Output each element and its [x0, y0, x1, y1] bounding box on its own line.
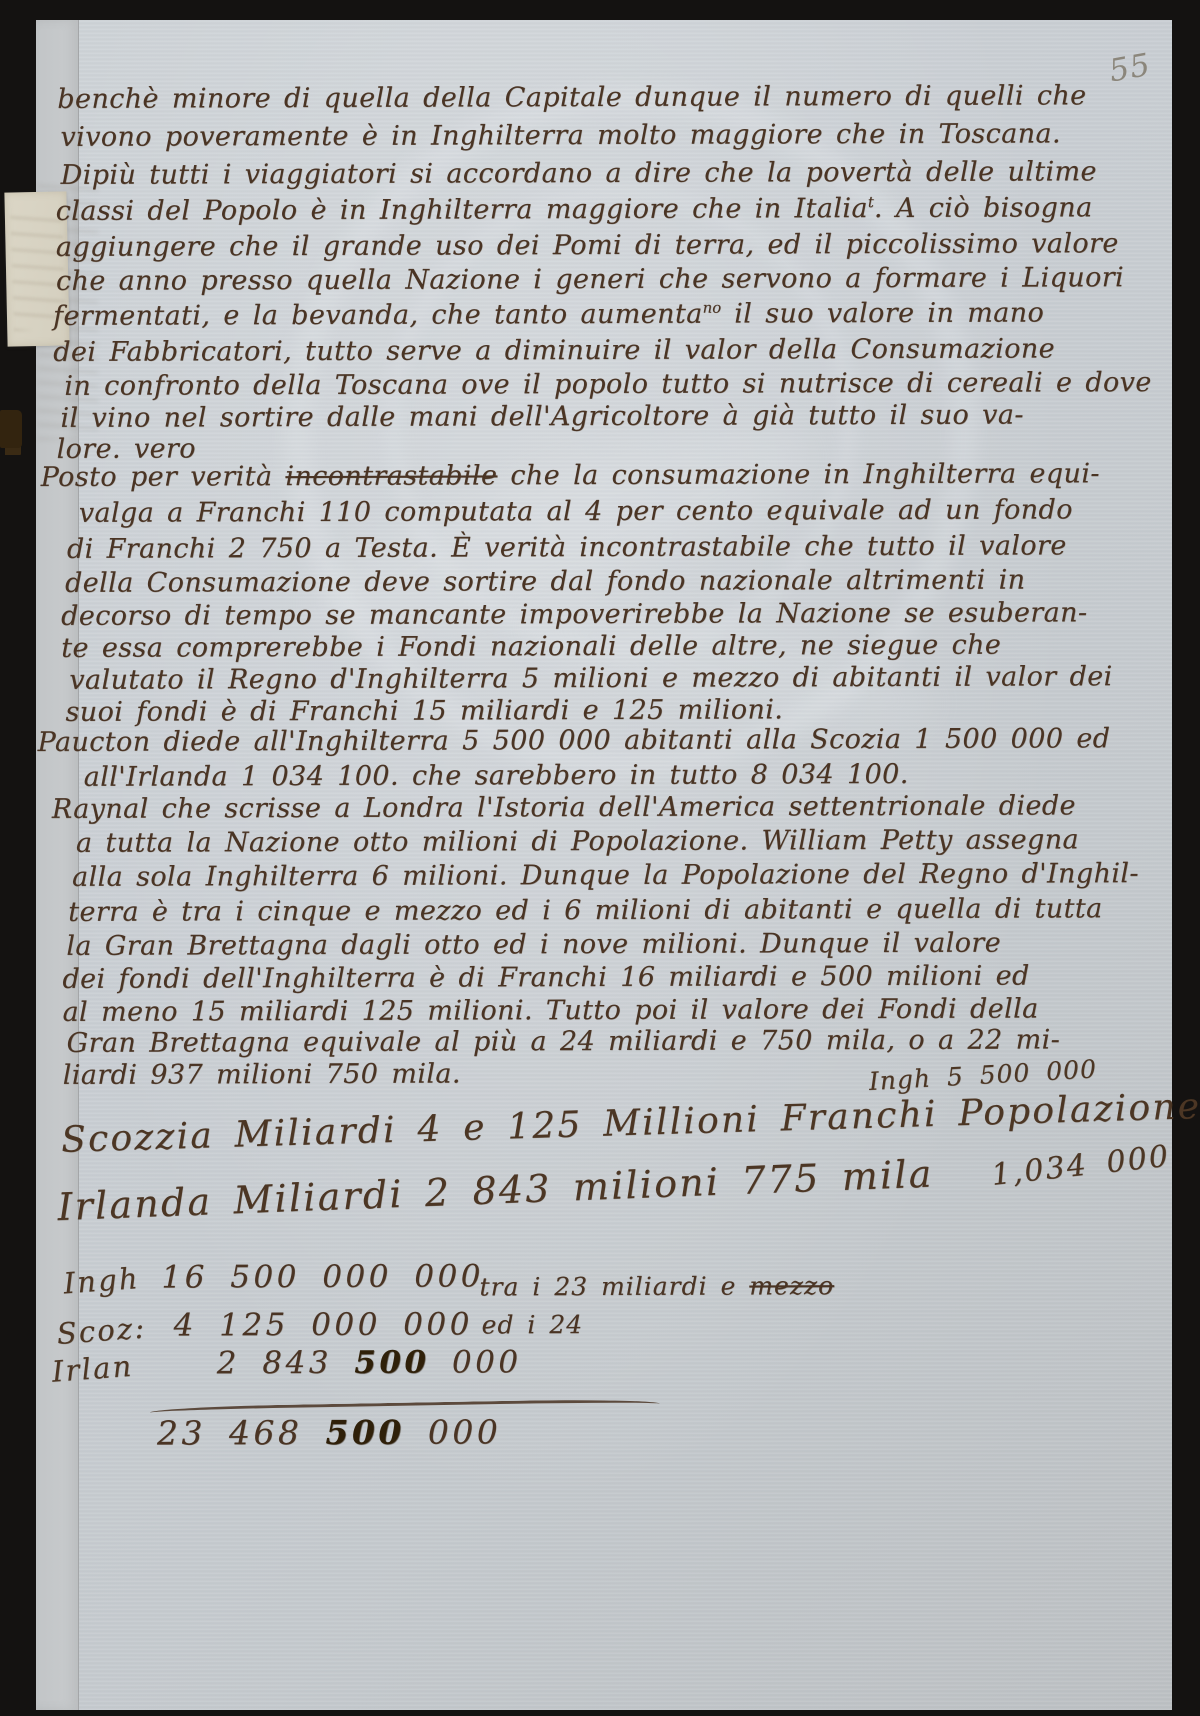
- manuscript-line: tra i 23 miliardi e mezzo: [479, 1271, 834, 1301]
- manuscript-line: della Consumazione deve sortire dal fond…: [65, 565, 1026, 599]
- manuscript-line: il vino nel sortire dalle mani dell'Agri…: [60, 400, 1023, 434]
- manuscript-line: lore. vero: [57, 433, 196, 464]
- manuscript-line: valga a Franchi 110 computata al 4 per c…: [79, 494, 1073, 528]
- manuscript-lines: benchè minore di quella della Capitale d…: [0, 0, 1197, 2]
- manuscript-scan-page: { "page": { "number": "55", "kind": "han…: [0, 0, 1200, 1716]
- manuscript-line: liardi 937 milioni 750 mila.: [63, 1058, 461, 1090]
- manuscript-line: dei fondi dell'Inghilterra è di Franchi …: [62, 961, 1029, 995]
- manuscript-line: Dipiù tutti i viaggiatori si accordano a…: [61, 156, 1097, 191]
- manuscript-line: 4 125 000 000: [174, 1306, 473, 1343]
- manuscript-line: Posto per verità incontrastabile che la …: [41, 458, 1100, 493]
- manuscript-line: la Gran Brettagna dagli otto ed i nove m…: [66, 928, 1001, 962]
- manuscript-line: Ingh: [62, 1261, 140, 1300]
- manuscript-line: Gran Brettagna equivale al più a 24 mili…: [67, 1024, 1061, 1058]
- manuscript-line: terra è tra i cinque e mezzo ed i 6 mili…: [68, 893, 1102, 928]
- manuscript-line: 23 468 500 000: [157, 1412, 501, 1452]
- manuscript-line: 2 843 500 000: [217, 1344, 522, 1381]
- manuscript-line: Scozzia Miliardi 4 e 125 Millioni Franch…: [61, 1079, 1200, 1161]
- page-number: 55: [1106, 47, 1153, 90]
- manuscript-line: Scoz:: [56, 1311, 148, 1351]
- manuscript-line: aggiungere che il grande uso dei Pomi di…: [56, 228, 1119, 263]
- manuscript-line: di Franchi 2 750 a Testa. È verità incon…: [67, 530, 1067, 564]
- manuscript-line: dei Fabbricatori, tutto serve a diminuir…: [53, 333, 1055, 367]
- manuscript-line: vivono poveramente è in Inghilterra molt…: [60, 118, 1061, 152]
- manuscript-line: in confronto della Toscana ove il popolo…: [64, 367, 1151, 402]
- manuscript-line: al meno 15 miliardi 125 milioni. Tutto p…: [62, 993, 1038, 1027]
- manuscript-line: classi del Popolo è in Inghilterra maggi…: [56, 192, 1093, 227]
- manuscript-line: all'Irlanda 1 034 100. che sarebbero in …: [84, 759, 909, 793]
- manuscript-line: benchè minore di quella della Capitale d…: [57, 80, 1086, 115]
- manuscript-line: 1,034 000: [990, 1139, 1172, 1193]
- manuscript-line: Paucton diede all'Inghilterra 5 500 000 …: [38, 723, 1111, 758]
- manuscript-line: a tutta la Nazione otto milioni di Popol…: [76, 824, 1079, 859]
- manuscript-line: suoi fondi è di Franchi 15 miliardi e 12…: [65, 694, 783, 728]
- manuscript-line: valutato il Regno d'Inghilterra 5 milion…: [69, 661, 1112, 696]
- manuscript-line: te essa comprerebbe i Fondi nazionali de…: [61, 630, 1001, 664]
- manuscript-line: che anno presso quella Nazione i generi …: [56, 262, 1124, 297]
- manuscript-line: 16 500 000 000: [161, 1258, 484, 1295]
- manuscript-line: alla sola Inghilterra 6 milioni. Dunque …: [72, 858, 1139, 893]
- manuscript-line: decorso di tempo se mancante impoverireb…: [61, 597, 1087, 632]
- manuscript-line: fermentati, e la bevanda, che tanto aume…: [53, 297, 1044, 331]
- manuscript-line: Irlanda Miliardi 2 843 milioni 775 mila: [57, 1152, 935, 1230]
- manuscript-line: Raynal che scrisse a Londra l'Istoria de…: [52, 790, 1076, 825]
- manuscript-line: Irlan: [51, 1349, 135, 1389]
- manuscript-text-layer: 55 benchè minore di quella della Capital…: [0, 0, 1200, 1716]
- manuscript-line: ed i 24: [482, 1310, 584, 1339]
